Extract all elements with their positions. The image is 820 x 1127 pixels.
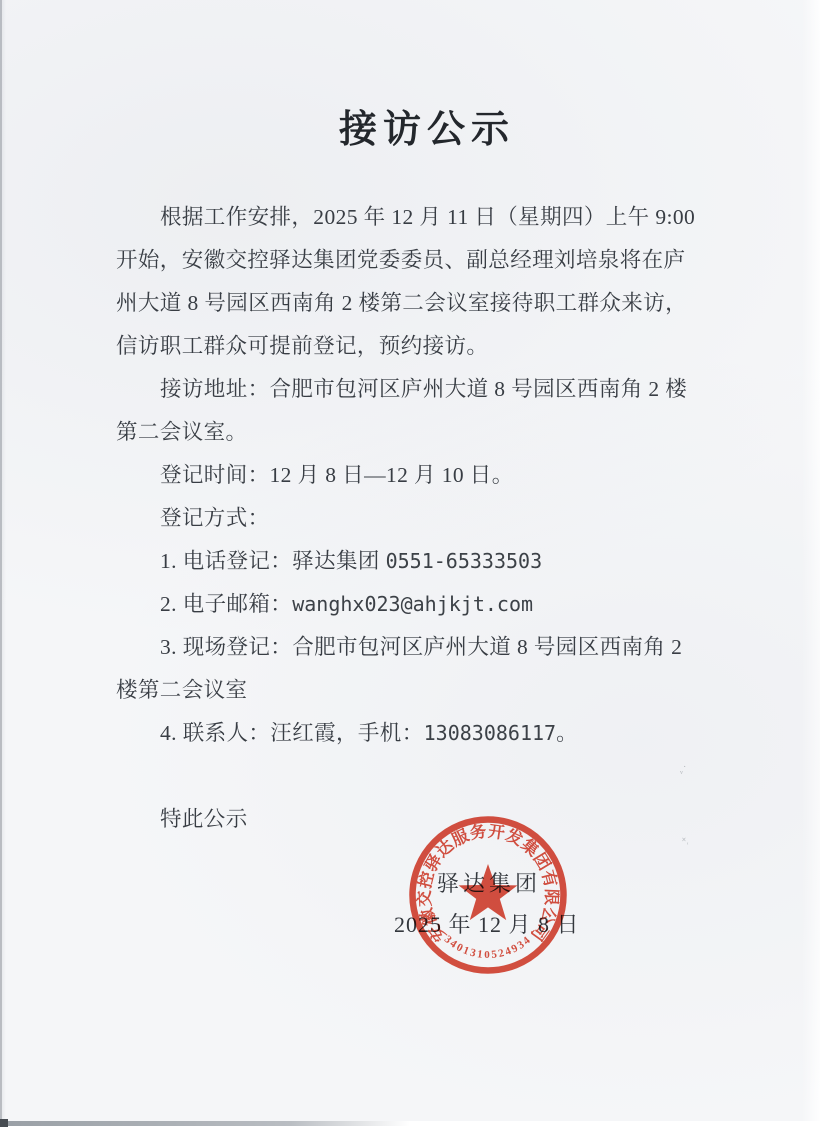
body-line: 登记方式：	[116, 497, 726, 540]
paper-speck: ᵥ˙	[680, 766, 686, 776]
email-label: 2. 电子邮箱：	[160, 592, 292, 616]
scanned-notice-page: 接访公示 根据工作安排，2025 年 12 月 11 日（星期四）上午 9:00…	[0, 0, 820, 1127]
body-line: 信访职工群众可提前登记，预约接访。	[116, 325, 682, 368]
mobile-number: 13083086117	[424, 721, 556, 745]
body-line: 州大道 8 号园区西南角 2 楼第二会议室接待职工群众来访，	[116, 282, 682, 325]
document-title: 接访公示	[17, 98, 820, 153]
phone-registration-label: 1. 电话登记：驿达集团	[160, 549, 386, 573]
scan-corner-mark	[0, 1119, 8, 1127]
body-line: 第二会议室。	[116, 411, 682, 454]
seal-ink: 安徽交控驿达服务开发集团有限公司 3401310524934	[413, 820, 564, 971]
email-address: wanghx023@ahjkjt.com	[292, 592, 533, 616]
body-line: 根据工作安排，2025 年 12 月 11 日（星期四）上午 9:00	[116, 196, 726, 239]
scan-edge-left	[0, 0, 2, 1121]
line-suffix: 。	[556, 721, 578, 745]
body-line: 接访地址：合肥市包河区庐州大道 8 号园区西南角 2 楼	[116, 368, 726, 411]
body-line: 1. 电话登记：驿达集团 0551-65333503	[116, 540, 726, 583]
svg-text:3401310524934: 3401310524934	[442, 933, 534, 961]
body-line: 楼第二会议室	[116, 669, 682, 712]
company-seal: 安徽交控驿达服务开发集团有限公司 3401310524934	[406, 813, 570, 977]
body-line: 登记时间：12 月 8 日—12 月 10 日。	[116, 454, 726, 497]
seal-code-text: 3401310524934	[442, 933, 534, 961]
body-line: 3. 现场登记：合肥市包河区庐州大道 8 号园区西南角 2	[116, 626, 726, 669]
paper-speck: ˟˓	[682, 838, 689, 848]
body-line: 开始，安徽交控驿达集团党委委员、副总经理刘培泉将在庐	[116, 239, 682, 282]
body-line: 4. 联系人：汪红霞，手机：13083086117。	[116, 712, 726, 755]
contact-label: 4. 联系人：汪红霞，手机：	[160, 721, 424, 745]
body-line: 2. 电子邮箱：wanghx023@ahjkjt.com	[116, 583, 726, 626]
seal-star	[459, 864, 518, 920]
scan-edge-bottom	[8, 1121, 410, 1126]
phone-number: 0551-65333503	[386, 549, 543, 573]
